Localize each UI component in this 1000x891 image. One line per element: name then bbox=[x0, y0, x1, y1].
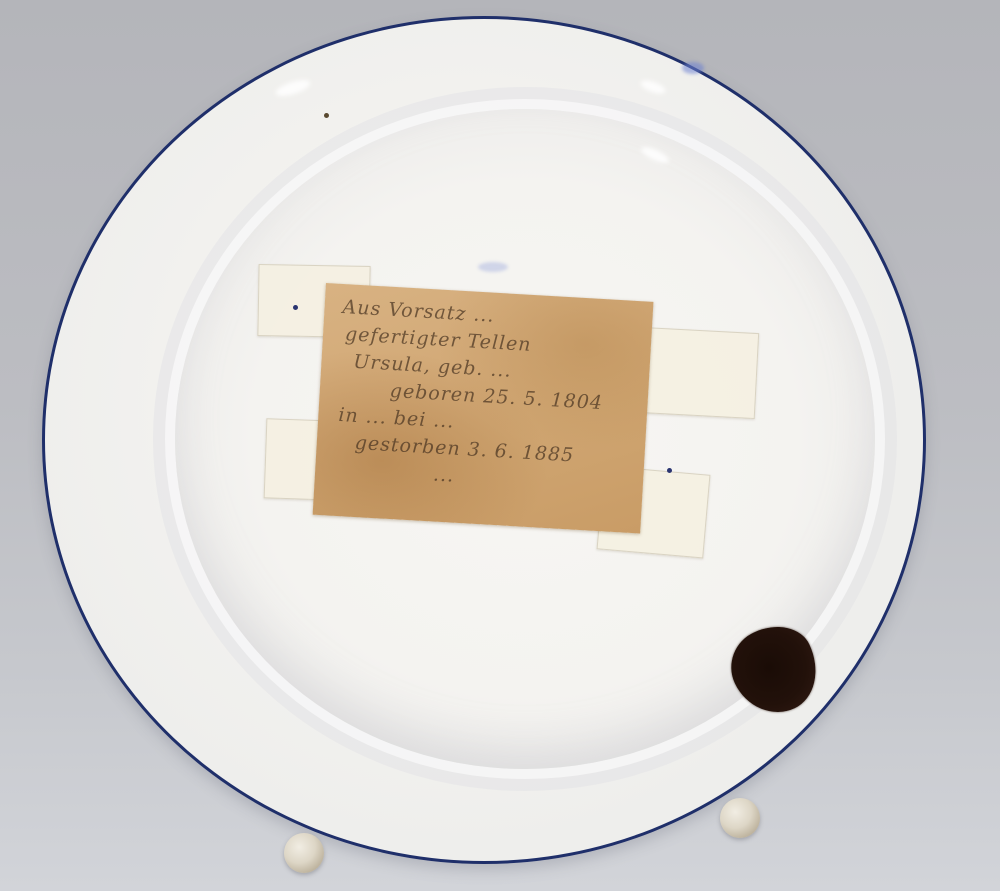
enamel-blue-chip bbox=[682, 62, 704, 74]
stand-ball-right bbox=[720, 798, 760, 838]
handwritten-label: Aus Vorsatz ... gefertigter Tellen Ursul… bbox=[313, 283, 654, 533]
enamel-speck bbox=[324, 113, 329, 118]
enamel-blue-stain bbox=[478, 262, 508, 272]
ink-dot bbox=[293, 305, 298, 310]
stand-ball-left bbox=[284, 833, 324, 873]
photo-scene: Aus Vorsatz ... gefertigter Tellen Ursul… bbox=[0, 0, 1000, 891]
tape-strip-top-right bbox=[638, 327, 759, 419]
ink-dot bbox=[667, 468, 672, 473]
